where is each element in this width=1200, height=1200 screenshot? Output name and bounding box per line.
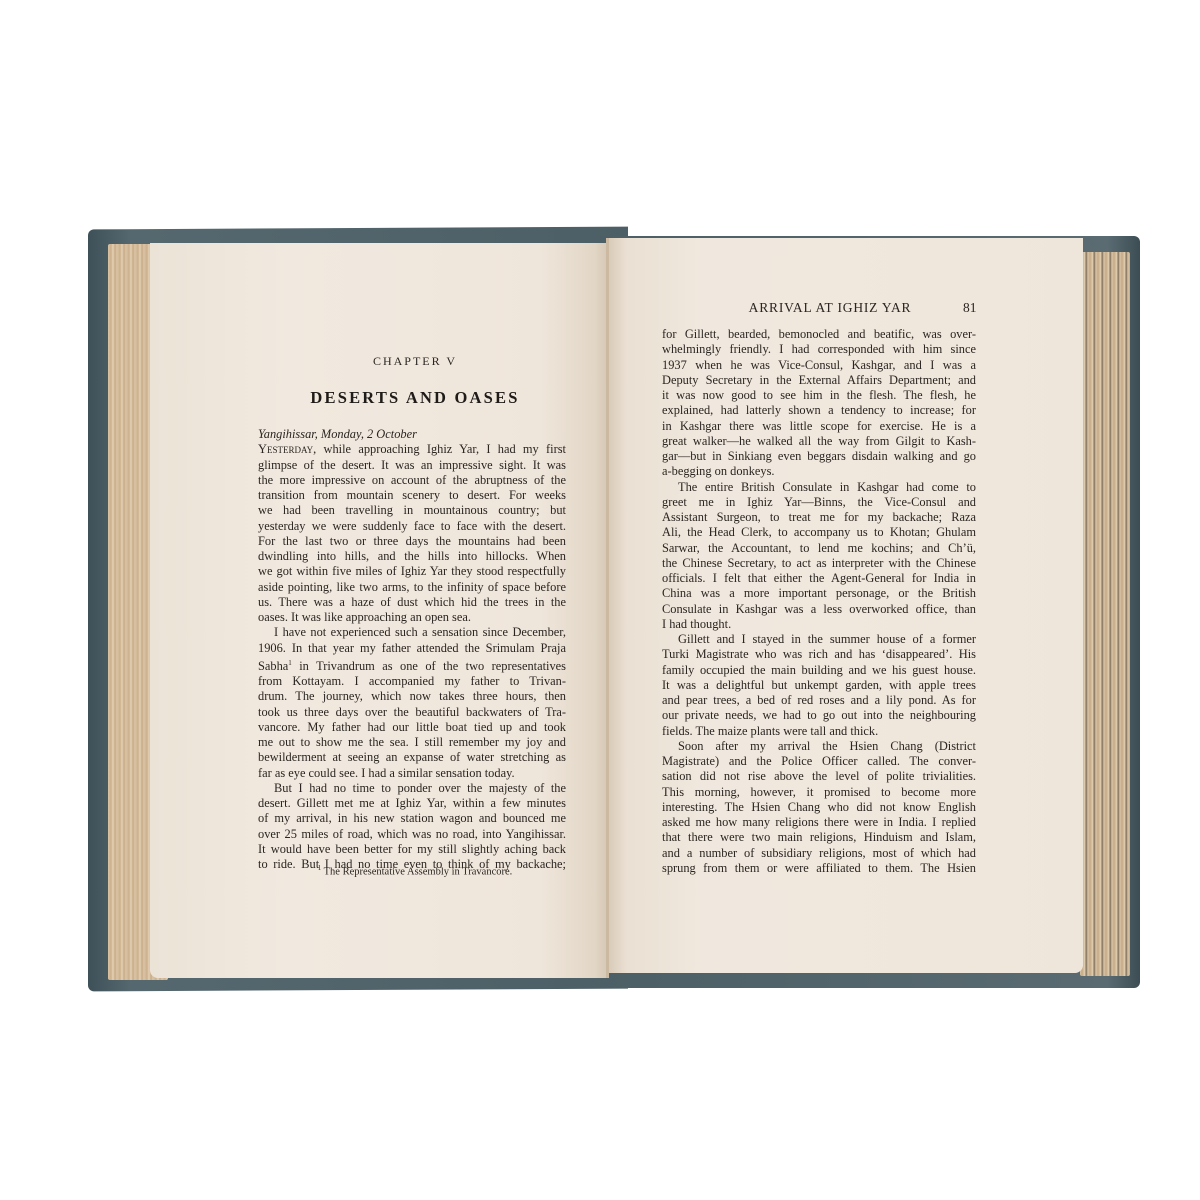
text-line: desert. Gillett met me at Ighiz Yar, wit… [258, 796, 566, 811]
text-line: of my arrival, in his new station wagon … [258, 811, 566, 826]
paragraph: for Gillett, bearded, bemonocled and bea… [662, 327, 976, 480]
paragraph: But I had no time to ponder over the maj… [258, 781, 566, 873]
text-line: vancore. My father had our little boat t… [258, 720, 566, 735]
text-line: family occupied the main building and we… [662, 663, 976, 678]
paragraph: The entire British Consulate in Kashgar … [662, 480, 976, 633]
text-line: interesting. The Hsien Chang who did not… [662, 800, 976, 815]
text-line: took us three days over the beautiful ba… [258, 705, 566, 720]
chapter-title: DESERTS AND OASES [250, 388, 580, 408]
page-number: 81 [963, 300, 977, 316]
text-line: The entire British Consulate in Kashgar … [662, 480, 976, 495]
text-line: it was now good to see him in the flesh.… [662, 388, 976, 403]
text-line: and pear trees, a bed of red roses and a… [662, 693, 976, 708]
footnote: 1 The Representative Assembly in Travanc… [250, 864, 580, 878]
text-line: me out to show me the sea. I still remem… [258, 735, 566, 750]
paragraph: Yesterday, while approaching Ighiz Yar, … [258, 442, 566, 625]
text-line: over 25 miles of road, which was no road… [258, 827, 566, 842]
text-line: gar—but in Sinkiang even beggars disdain… [662, 449, 976, 464]
text-line: Yesterday, while approaching Ighiz Yar, … [258, 442, 566, 457]
text-line: transition from mountain scenery to dese… [258, 488, 566, 503]
text-line: Magistrate) and the Police Officer calle… [662, 754, 976, 769]
text-line: in Kashgar there was little scope for ex… [662, 419, 976, 434]
chapter-label: CHAPTER V [250, 354, 580, 369]
text-line: officials. I felt that either the Agent-… [662, 571, 976, 586]
text-line: I have not experienced such a sensation … [258, 625, 566, 640]
text-line: yesterday we were suddenly face to face … [258, 519, 566, 534]
text-line: 1937 when he was Vice-Consul, Kashgar, a… [662, 358, 976, 373]
text-line: fields. The maize plants were tall and t… [662, 724, 976, 739]
text-line: drum. The journey, which now takes three… [258, 689, 566, 704]
text-line: glimpse of the desert. It was an impress… [258, 458, 566, 473]
text-line: It would have been better for my still s… [258, 842, 566, 857]
book-gutter [606, 238, 609, 978]
text-line: the more impressive on account of the ab… [258, 473, 566, 488]
text-line: far as eye could see. I had a similar se… [258, 766, 566, 781]
text-line: Sarwar, the Accountant, to lend me kochi… [662, 541, 976, 556]
left-page-body: Yangihissar, Monday, 2 October Yesterday… [258, 427, 566, 872]
text-line: from Kottayam. I accompanied my father t… [258, 674, 566, 689]
dateline: Yangihissar, Monday, 2 October [258, 427, 566, 442]
text-line: For the last two or three days the mount… [258, 534, 566, 549]
paragraph: I have not experienced such a sensation … [258, 625, 566, 781]
text-line: the Chinese Secretary, to act as interpr… [662, 556, 976, 571]
text-line: Assistant Surgeon, to treat me for my ba… [662, 510, 976, 525]
footnote-text: The Representative Assembly in Travancor… [321, 867, 512, 878]
text-line: great walker—he walked all the way from … [662, 434, 976, 449]
lead-word: Yesterday [258, 442, 313, 456]
text-line: Deputy Secretary in the External Affairs… [662, 373, 976, 388]
text-line: Gillett and I stayed in the summer house… [662, 632, 976, 647]
text-line: oases. It was like approaching an open s… [258, 610, 566, 625]
text-line: It was a delightful but unkempt garden, … [662, 678, 976, 693]
text-line: Consulate in Kashgar was a less overwork… [662, 602, 976, 617]
text-line: we had been travelling in mountainous co… [258, 503, 566, 518]
text-line: greet me in Ighiz Yar—Binns, the Vice-Co… [662, 495, 976, 510]
text-line: Turki Magistrate who was rich and has ‘d… [662, 647, 976, 662]
text-line: sprung from them or were affiliated to t… [662, 861, 976, 876]
paragraph: Soon after my arrival the Hsien Chang (D… [662, 739, 976, 876]
right-page-body: for Gillett, bearded, bemonocled and bea… [662, 327, 976, 876]
text-line: a-begging on donkeys. [662, 464, 976, 479]
text-line: our private needs, we had to go out into… [662, 708, 976, 723]
text-line: sation did not rise above the level of p… [662, 769, 976, 784]
text-line: explained, had latterly shown a tendency… [662, 403, 976, 418]
paragraph: Gillett and I stayed in the summer house… [662, 632, 976, 739]
text-line: whelmingly friendly. I had corresponded … [662, 342, 976, 357]
text-line: we got within five miles of Ighiz Yar th… [258, 564, 566, 579]
text-line: that there were two main religions, Hind… [662, 830, 976, 845]
text-line: Sabha1 in Trivandrum as one of the two r… [258, 656, 566, 674]
text-line: for Gillett, bearded, bemonocled and bea… [662, 327, 976, 342]
text-line: and a number of subsidiary religions, mo… [662, 846, 976, 861]
text-line: But I had no time to ponder over the maj… [258, 781, 566, 796]
text-line: Ali, the Head Clerk, to accompany us to … [662, 525, 976, 540]
text-line: Soon after my arrival the Hsien Chang (D… [662, 739, 976, 754]
running-head: ARRIVAL AT IGHIZ YAR [720, 300, 940, 316]
text-line: bewilderment at seeing an expanse of wat… [258, 750, 566, 765]
text-line: dwindling into hills, and the hills into… [258, 549, 566, 564]
text-line: us. There was a haze of dust which hid t… [258, 595, 566, 610]
text-line: China was a more important personage, or… [662, 586, 976, 601]
text-line: This morning, however, it promised to be… [662, 785, 976, 800]
text-line: asked me how many religions there were i… [662, 815, 976, 830]
page-edges-right [1080, 252, 1130, 976]
text-line: 1906. In that year my father attended th… [258, 641, 566, 656]
text-line: aside pointing, like two arms, to the in… [258, 580, 566, 595]
text-line: I had thought. [662, 617, 976, 632]
